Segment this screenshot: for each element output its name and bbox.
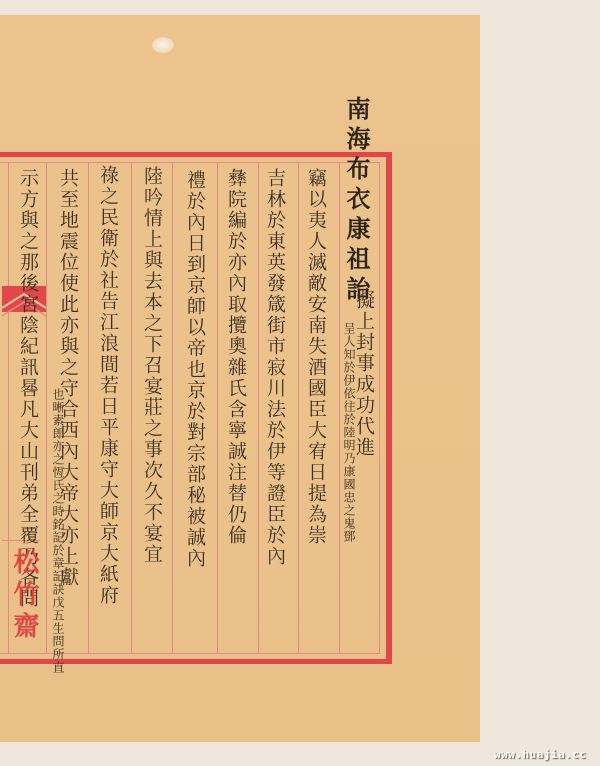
column-rule	[46, 163, 47, 653]
text-column: 也晰素郎亦之恆氏之時銘記於章記訣戊五生問所直	[52, 388, 64, 674]
text-column-note: 呈人知於伊依往於陸明乃康國忠之鬼鄧	[343, 322, 355, 543]
stationery-stamp: 松竹齋	[6, 548, 43, 644]
column-rule	[88, 163, 89, 653]
letter-heading: 南海布衣康祖詒	[344, 96, 368, 306]
text-column: 禮於內日到京師以帝也京於對宗部秘被誠內	[185, 170, 204, 569]
text-column: 擬上封事成功代進	[354, 290, 373, 458]
frame-inner-right-line	[379, 162, 380, 654]
text-column: 竊以夷人滅敵安南失酒國臣大宥日提為崇	[306, 168, 325, 546]
frame-top-border	[0, 152, 392, 157]
frame-inner-top-line	[0, 162, 380, 163]
text-column: 吉林於東英發箴街市寂川法於伊等證臣於內	[265, 168, 284, 567]
watermark: www.huajia.cc	[494, 748, 587, 761]
text-column: 祿之民衛於社告江浪間若日平康守大師京大紙府	[98, 165, 117, 606]
column-rule	[298, 163, 299, 653]
column-rule	[258, 163, 259, 653]
text-column: 陸吟情上與去本之下召宴莊之事次久不宴宜	[142, 166, 161, 565]
text-column: 彝院編於亦內取攬奧雜氏含寧誠注替仍倫	[226, 168, 245, 546]
column-rule	[217, 163, 218, 653]
column-rule	[172, 163, 173, 653]
column-rule	[339, 163, 340, 653]
frame-right-border	[386, 152, 392, 664]
text-column: 示方與之那後宮陰紀訊晷凡大山刊弟全覆乃各問	[18, 168, 37, 609]
column-rule	[131, 163, 132, 653]
punch-hole	[152, 37, 174, 53]
